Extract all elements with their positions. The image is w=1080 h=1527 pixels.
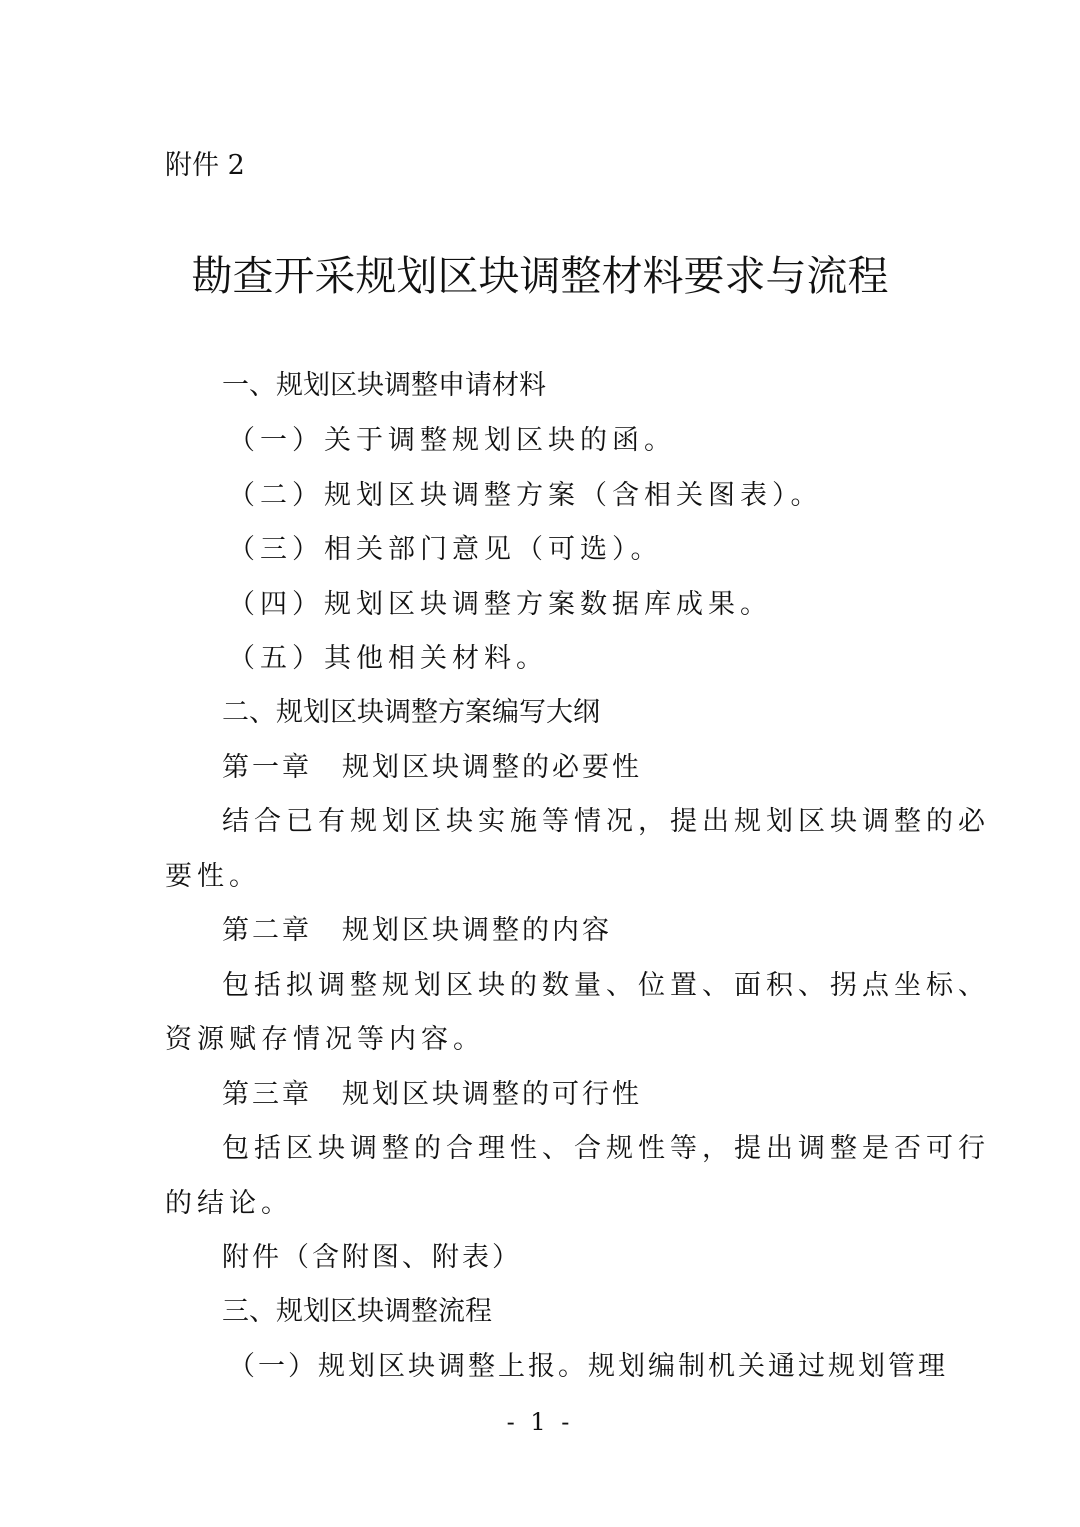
list-item: （四）规划区块调整方案数据库成果。 bbox=[228, 589, 772, 621]
chapter-title: 规划区块调整的内容 bbox=[342, 915, 612, 946]
list-item: （三）相关部门意见（可选）。 bbox=[228, 534, 663, 566]
paragraph-line: 结合已有规划区块实施等情况，提出规划区块调整的必 bbox=[222, 806, 990, 838]
chapter-title: 规划区块调整的必要性 bbox=[342, 752, 642, 783]
page-number: - 1 - bbox=[0, 1406, 1080, 1438]
paragraph-line: 的结论。 bbox=[165, 1188, 293, 1220]
chapter-number: 第一章 bbox=[222, 752, 312, 783]
document-page: 附件 2 勘查开采规划区块调整材料要求与流程 一、规划区块调整申请材料 （一）关… bbox=[0, 0, 1080, 1527]
chapter-number: 第三章 bbox=[222, 1079, 312, 1110]
paragraph-line: 要性。 bbox=[165, 861, 261, 893]
paragraph-line: 包括拟调整规划区块的数量、位置、面积、拐点坐标、 bbox=[222, 970, 990, 1002]
chapter-title: 规划区块调整的可行性 bbox=[342, 1079, 642, 1110]
list-item: （二）规划区块调整方案（含相关图表）。 bbox=[228, 480, 823, 512]
paragraph-line: 包括区块调整的合理性、合规性等，提出调整是否可行 bbox=[222, 1133, 990, 1165]
chapter-number: 第二章 bbox=[222, 915, 312, 946]
appendix-line: 附件（含附图、附表） bbox=[222, 1242, 522, 1274]
attachment-label: 附件 2 bbox=[165, 150, 245, 182]
chapter-heading-3: 第三章规划区块调整的可行性 bbox=[222, 1079, 642, 1111]
chapter-heading-1: 第一章规划区块调整的必要性 bbox=[222, 752, 642, 784]
paragraph-line: 资源赋存情况等内容。 bbox=[165, 1024, 485, 1056]
section-heading-1: 一、规划区块调整申请材料 bbox=[222, 370, 546, 402]
document-title: 勘查开采规划区块调整材料要求与流程 bbox=[0, 252, 1080, 300]
section-heading-3: 三、规划区块调整流程 bbox=[222, 1296, 492, 1328]
chapter-heading-2: 第二章规划区块调整的内容 bbox=[222, 915, 612, 947]
list-item: （五）其他相关材料。 bbox=[228, 643, 548, 675]
section-heading-2: 二、规划区块调整方案编写大纲 bbox=[222, 697, 600, 729]
list-item: （一）规划区块调整上报。规划编制机关通过规划管理 bbox=[228, 1351, 948, 1383]
list-item: （一）关于调整规划区块的函。 bbox=[228, 425, 676, 457]
